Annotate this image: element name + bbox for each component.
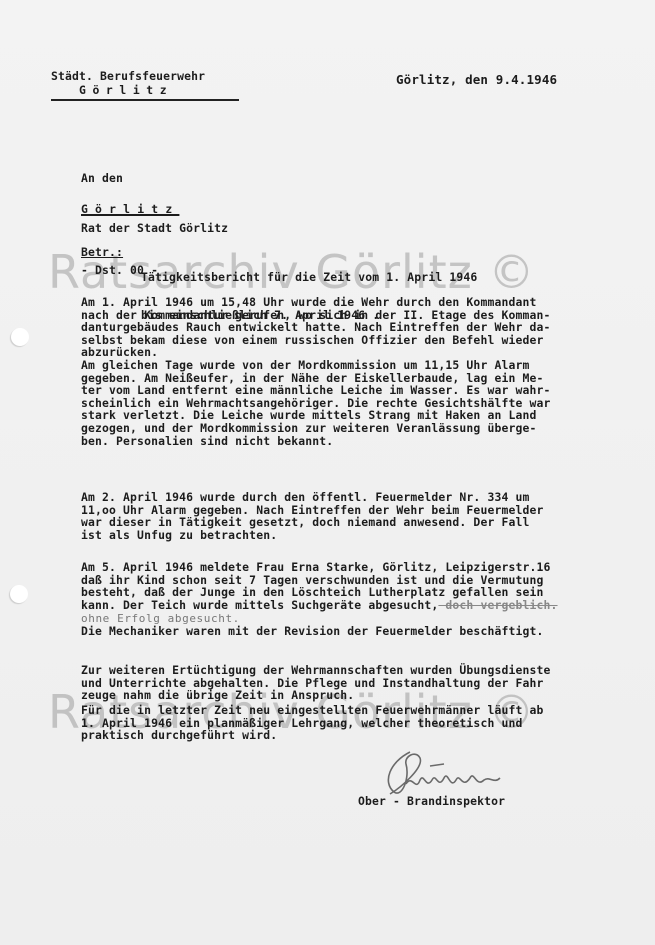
paragraph-april-1: Am 1. April 1946 um 15,48 Uhr wurde die … <box>81 296 655 447</box>
paragraph-april-2: Am 2. April 1946 wurde durch den öffentl… <box>81 491 655 541</box>
sender-city: Görlitz <box>51 84 239 101</box>
recipient-city: Görlitz <box>81 203 179 216</box>
signatory-title: Ober - Brandinspektor <box>358 795 505 808</box>
paragraph-training: Zur weiteren Ertüchtigung der Wehrmannsc… <box>81 664 655 702</box>
paragraph-course: Für die in letzter Zeit neu eingestellte… <box>81 704 655 742</box>
sender-organization: Städt. Berufsfeuerwehr <box>51 70 205 83</box>
punch-hole <box>11 328 29 346</box>
recipient-line: An den <box>81 171 228 185</box>
document-page: Ratsarchiv Görlitz © Ratsarchiv Görlitz … <box>0 0 655 945</box>
handwritten-signature <box>380 748 520 800</box>
subject-label: Betr.: <box>81 246 123 259</box>
paragraph-april-5: Am 5. April 1946 meldete Frau Erna Stark… <box>81 561 655 611</box>
recipient-line: Rat der Stadt Görlitz <box>81 221 228 235</box>
struck-text: doch vergeblich. <box>438 598 557 612</box>
paragraph-mechanics: Die Mechaniker waren mit der Revision de… <box>81 625 544 638</box>
subject-line: Tätigkeitsbericht für die Zeit vom 1. Ap… <box>141 271 477 284</box>
place-date: Görlitz, den 9.4.1946 <box>396 74 557 87</box>
punch-hole <box>10 585 28 603</box>
